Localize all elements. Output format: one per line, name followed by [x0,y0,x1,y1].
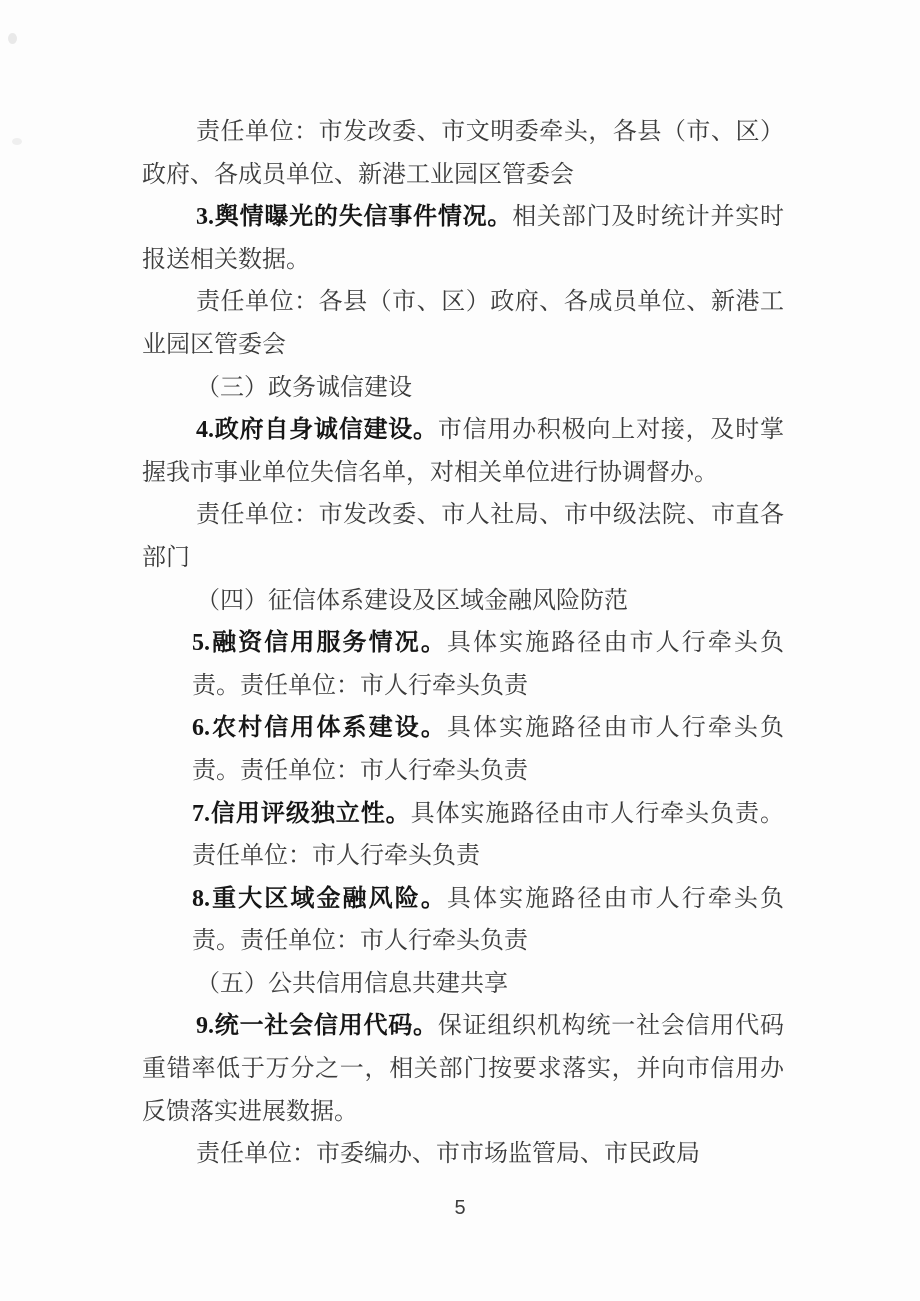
text-run: 报送相关数据。 [142,247,310,273]
bold-lead: 8.重大区域金融风险。 [192,886,447,912]
text-line-12: （四）征信体系建设及区域金融风险防范 [142,580,784,623]
text-line-21: （五）公共信用信息共建共享 [142,963,784,1006]
text-run: 保证组织机构统一社会信用代码 [438,1013,784,1039]
text-line-5: 责任单位：各县（市、区）政府、各成员单位、新港工 [142,281,784,324]
text-run: 责任单位：市人行牵头负责 [192,843,480,869]
text-line-2: 政府、各成员单位、新港工业园区管委会 [142,154,784,197]
bold-lead: 3.舆情曝光的失信事件情况。 [196,204,512,230]
text-run: 业园区管委会 [142,332,286,358]
bold-lead: 6.农村信用体系建设。 [192,715,447,741]
text-run: 责任单位：市发改委、市人社局、市中级法院、市直各 [196,502,784,528]
scan-smudge [12,138,22,145]
text-line-10: 责任单位：市发改委、市人社局、市中级法院、市直各 [142,494,784,537]
text-run: 市信用办积极向上对接，及时掌 [438,417,784,443]
text-run: 责任单位：市发改委、市文明委牵头，各县（市、区） [196,119,784,145]
text-run: 具体实施路径由市人行牵头负责。 [411,801,784,827]
text-run: 重错率低于万分之一，相关部门按要求落实，并向市信用办 [142,1056,784,1082]
text-line-8: 4.政府自身诚信建设。市信用办积极向上对接，及时掌 [142,409,784,452]
text-line-15: 6.农村信用体系建设。具体实施路径由市人行牵头负 [192,707,784,750]
scan-smudge [8,33,17,44]
text-run: 部门 [142,545,190,571]
text-line-25: 责任单位：市委编办、市市场监管局、市民政局 [142,1133,784,1176]
bold-lead: 4.政府自身诚信建设。 [196,417,438,443]
bold-lead: 9.统一社会信用代码。 [196,1013,438,1039]
bold-lead: 5.融资信用服务情况。 [192,630,447,656]
text-line-23: 重错率低于万分之一，相关部门按要求落实，并向市信用办 [142,1048,784,1091]
text-line-24: 反馈落实进展数据。 [142,1091,784,1134]
text-run: 责任单位：各县（市、区）政府、各成员单位、新港工 [196,289,784,315]
text-line-11: 部门 [142,537,784,580]
text-run: 政府、各成员单位、新港工业园区管委会 [142,162,574,188]
text-line-6: 业园区管委会 [142,324,784,367]
text-run: 责。责任单位：市人行牵头负责 [192,758,528,784]
text-line-22: 9.统一社会信用代码。保证组织机构统一社会信用代码 [142,1005,784,1048]
text-line-20: 责。责任单位：市人行牵头负责 [192,920,784,963]
document-body: 责任单位：市发改委、市文明委牵头，各县（市、区）政府、各成员单位、新港工业园区管… [142,0,784,1176]
document-page: 责任单位：市发改委、市文明委牵头，各县（市、区）政府、各成员单位、新港工业园区管… [0,0,920,1301]
text-line-9: 握我市事业单位失信名单，对相关单位进行协调督办。 [142,452,784,495]
text-line-13: 5.融资信用服务情况。具体实施路径由市人行牵头负 [192,622,784,665]
text-run: （三）政务诚信建设 [196,375,412,401]
text-run: 具体实施路径由市人行牵头负 [447,886,784,912]
text-line-18: 责任单位：市人行牵头负责 [192,835,784,878]
page-number: 5 [0,1196,920,1220]
text-run: 具体实施路径由市人行牵头负 [447,715,784,741]
text-run: 具体实施路径由市人行牵头负 [447,630,784,656]
text-line-17: 7.信用评级独立性。具体实施路径由市人行牵头负责。 [192,793,784,836]
text-run: （四）征信体系建设及区域金融风险防范 [196,588,628,614]
text-run: 握我市事业单位失信名单，对相关单位进行协调督办。 [142,460,718,486]
text-run: （五）公共信用信息共建共享 [196,971,508,997]
text-run: 责任单位：市委编办、市市场监管局、市民政局 [196,1141,700,1167]
text-line-3: 3.舆情曝光的失信事件情况。相关部门及时统计并实时 [142,196,784,239]
text-line-16: 责。责任单位：市人行牵头负责 [192,750,784,793]
text-run: 责。责任单位：市人行牵头负责 [192,673,528,699]
text-run: 责。责任单位：市人行牵头负责 [192,928,528,954]
text-line-4: 报送相关数据。 [142,239,784,282]
text-run: 反馈落实进展数据。 [142,1099,358,1125]
text-line-14: 责。责任单位：市人行牵头负责 [192,665,784,708]
text-line-7: （三）政务诚信建设 [142,367,784,410]
text-line-19: 8.重大区域金融风险。具体实施路径由市人行牵头负 [192,878,784,921]
bold-lead: 7.信用评级独立性。 [192,801,411,827]
text-line-1: 责任单位：市发改委、市文明委牵头，各县（市、区） [142,111,784,154]
text-run: 相关部门及时统计并实时 [512,204,784,230]
